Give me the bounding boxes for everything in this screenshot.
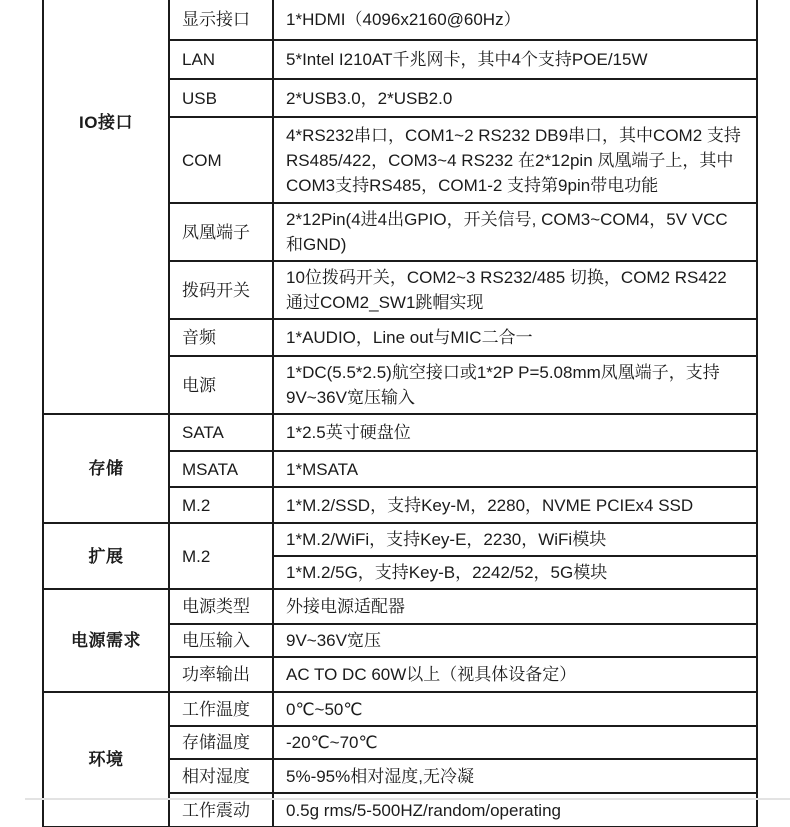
- page: IO接口显示接口1*HDMI（4096x2160@60Hz）LAN5*Intel…: [0, 0, 790, 827]
- spec-value-cell: 2*USB3.0，2*USB2.0: [273, 79, 757, 117]
- spec-label-cell: 凤凰端子: [169, 203, 273, 261]
- spec-value-cell: 1*M.2/SSD，支持Key-M，2280，NVME PCIEx4 SSD: [273, 487, 757, 523]
- table-row: 存储SATA1*2.5英寸硬盘位: [43, 414, 757, 451]
- spec-value-cell: 1*MSATA: [273, 451, 757, 487]
- table-row: 电源需求电源类型外接电源适配器: [43, 589, 757, 624]
- spec-label-cell: 电源: [169, 356, 273, 414]
- spec-value-cell: 9V~36V宽压: [273, 624, 757, 657]
- spec-label-cell: 音频: [169, 319, 273, 356]
- spec-label-cell: 拨码开关: [169, 261, 273, 319]
- spec-label-cell: 电压输入: [169, 624, 273, 657]
- spec-value-cell: 1*2.5英寸硬盘位: [273, 414, 757, 451]
- spec-value-cell: 1*M.2/5G，支持Key-B，2242/52，5G模块: [273, 556, 757, 589]
- spec-label-cell: 相对湿度: [169, 759, 273, 793]
- spec-value-cell: 1*AUDIO，Line out与MIC二合一: [273, 319, 757, 356]
- spec-value-cell: 5%-95%相对湿度,无冷凝: [273, 759, 757, 793]
- spec-value-cell: 外接电源适配器: [273, 589, 757, 624]
- spec-label-cell: SATA: [169, 414, 273, 451]
- spec-label-cell: LAN: [169, 40, 273, 79]
- category-cell: 扩展: [43, 523, 169, 589]
- table-row: IO接口显示接口1*HDMI（4096x2160@60Hz）: [43, 0, 757, 40]
- table-row: 扩展M.21*M.2/WiFi，支持Key-E，2230，WiFi模块: [43, 523, 757, 556]
- spec-value-cell: 2*12Pin(4进4出GPIO，开关信号, COM3~COM4，5V VCC …: [273, 203, 757, 261]
- spec-table: IO接口显示接口1*HDMI（4096x2160@60Hz）LAN5*Intel…: [42, 0, 758, 827]
- spec-label-cell: USB: [169, 79, 273, 117]
- spec-label-cell: 存储温度: [169, 726, 273, 759]
- category-cell: 存储: [43, 414, 169, 523]
- spec-value-cell: 1*M.2/WiFi，支持Key-E，2230，WiFi模块: [273, 523, 757, 556]
- spec-label-cell: M.2: [169, 523, 273, 589]
- spec-value-cell: 0℃~50℃: [273, 692, 757, 726]
- spec-label-cell: 工作温度: [169, 692, 273, 726]
- spec-value-cell: AC TO DC 60W以上（视具体设备定）: [273, 657, 757, 692]
- spec-value-cell: 5*Intel I210AT千兆网卡，其中4个支持POE/15W: [273, 40, 757, 79]
- spec-value-cell: 4*RS232串口，COM1~2 RS232 DB9串口，其中COM2 支持RS…: [273, 117, 757, 203]
- spec-table-body: IO接口显示接口1*HDMI（4096x2160@60Hz）LAN5*Intel…: [43, 0, 757, 827]
- table-row: 环境工作温度0℃~50℃: [43, 692, 757, 726]
- category-cell: 环境: [43, 692, 169, 827]
- spec-label-cell: MSATA: [169, 451, 273, 487]
- spec-label-cell: M.2: [169, 487, 273, 523]
- spec-value-cell: 1*DC(5.5*2.5)航空接口或1*2P P=5.08mm凤凰端子，支持9V…: [273, 356, 757, 414]
- category-cell: IO接口: [43, 0, 169, 414]
- spec-label-cell: 电源类型: [169, 589, 273, 624]
- spec-label-cell: 显示接口: [169, 0, 273, 40]
- spec-value-cell: 10位拨码开关，COM2~3 RS232/485 切换，COM2 RS422 通…: [273, 261, 757, 319]
- spec-label-cell: 功率输出: [169, 657, 273, 692]
- page-divider: [25, 798, 790, 800]
- category-cell: 电源需求: [43, 589, 169, 692]
- spec-label-cell: COM: [169, 117, 273, 203]
- spec-value-cell: 1*HDMI（4096x2160@60Hz）: [273, 0, 757, 40]
- spec-value-cell: -20℃~70℃: [273, 726, 757, 759]
